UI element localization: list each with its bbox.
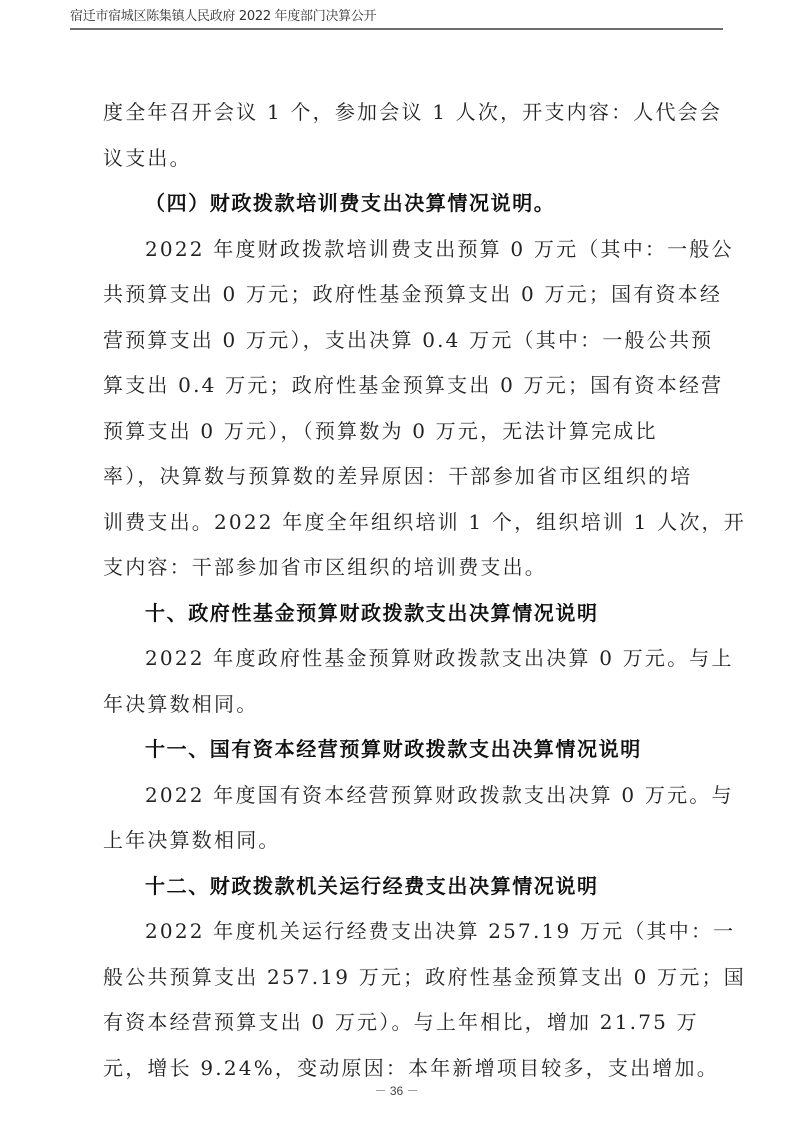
text-line: 率），决算数与预算数的差异原因：干部参加省市区组织的培 [103, 454, 693, 500]
running-header: 宿迁市宿城区陈集镇人民政府 2022 年度部门决算公开 [70, 8, 723, 26]
paragraph-state-capital: 2022 年度国有资本经营预算财政拨款支出决算 0 万元。与 上年决算数相同。 [103, 773, 693, 864]
section-heading-operating-expenses: 十二、财政拨款机关运行经费支出决算情况说明 [103, 864, 693, 910]
text-line: 算支出 0.4 万元；政府性基金预算支出 0 万元；国有资本经营 [103, 363, 693, 409]
text-line: 2022 年度财政拨款培训费支出预算 0 万元（其中：一般公 [103, 227, 693, 273]
text-line: 训费支出。2022 年度全年组织培训 1 个，组织培训 1 人次，开 [103, 500, 693, 546]
text-line: 2022 年度国有资本经营预算财政拨款支出决算 0 万元。与 [103, 773, 693, 819]
text-line: 营预算支出 0 万元），支出决算 0.4 万元（其中：一般公共预 [103, 318, 693, 364]
text-line: 预算支出 0 万元），（预算数为 0 万元，无法计算完成比 [103, 409, 693, 455]
header-divider [70, 28, 723, 30]
continuation-paragraph: 度全年召开会议 1 个，参加会议 1 人次，开支内容：人代会会 议支出。 [103, 90, 693, 181]
text-line: 有资本经营预算支出 0 万元）。与上年相比，增加 21.75 万 [103, 1000, 693, 1046]
text-line: 度全年召开会议 1 个，参加会议 1 人次，开支内容：人代会会 [103, 90, 693, 136]
paragraph-training-fees: 2022 年度财政拨款培训费支出预算 0 万元（其中：一般公 共预算支出 0 万… [103, 227, 693, 591]
document-body: 度全年召开会议 1 个，参加会议 1 人次，开支内容：人代会会 议支出。 （四）… [103, 90, 693, 1091]
text-line: 共预算支出 0 万元；政府性基金预算支出 0 万元；国有资本经 [103, 272, 693, 318]
text-line: 2022 年度机关运行经费支出决算 257.19 万元（其中：一 [103, 909, 693, 955]
text-line: 2022 年度政府性基金预算财政拨款支出决算 0 万元。与上 [103, 636, 693, 682]
section-heading-training-fees: （四）财政拨款培训费支出决算情况说明。 [103, 181, 693, 227]
paragraph-government-fund: 2022 年度政府性基金预算财政拨款支出决算 0 万元。与上 年决算数相同。 [103, 636, 693, 727]
text-line: 支内容：干部参加省市区组织的培训费支出。 [103, 545, 693, 591]
text-line: 年决算数相同。 [103, 682, 693, 728]
text-line: 上年决算数相同。 [103, 818, 693, 864]
section-heading-government-fund: 十、政府性基金预算财政拨款支出决算情况说明 [103, 591, 693, 637]
section-heading-state-capital: 十一、国有资本经营预算财政拨款支出决算情况说明 [103, 727, 693, 773]
paragraph-operating-expenses: 2022 年度机关运行经费支出决算 257.19 万元（其中：一 般公共预算支出… [103, 909, 693, 1091]
text-line: 议支出。 [103, 136, 693, 182]
page-number: － 36 － [0, 1082, 793, 1099]
text-line: 般公共预算支出 257.19 万元；政府性基金预算支出 0 万元；国 [103, 955, 693, 1001]
